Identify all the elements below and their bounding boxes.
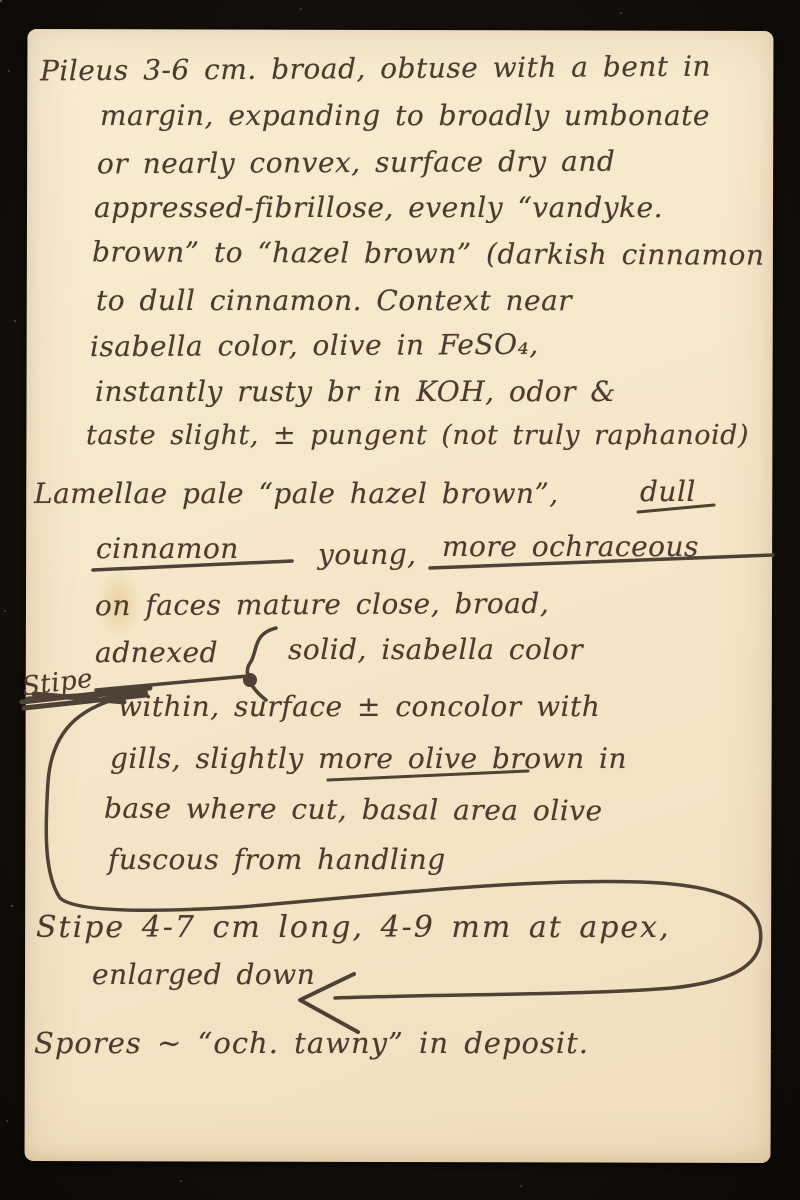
note-line-lamellae-7: base where cut, basal area olive <box>104 792 603 828</box>
note-line-stipe-1: Stipe 4-7 cm long, 4-9 mm at apex, <box>36 910 671 945</box>
dust-specks <box>0 0 2 2</box>
note-line-lamellae-1: Lamellae pale “pale hazel brown”, <box>34 477 559 510</box>
underlined-phrase-olive-brown: olive brown <box>408 742 585 775</box>
note-line-lamellae-6: gills, slightly more olive brown in <box>110 742 627 775</box>
underlined-word-cinnamon: cinnamon <box>96 532 239 565</box>
note-line-pileus-9: taste slight, ± pungent (not truly rapha… <box>86 420 749 451</box>
note-line-lamellae-4: solid, isabella color <box>288 633 583 666</box>
note-line-spores: Spores ~ “och. tawny” in deposit. <box>34 1026 589 1060</box>
note-line-pileus-6: to dull cinnamon. Context near <box>96 284 572 317</box>
note-line-pileus-7: isabella color, olive in FeSO₄, <box>90 328 539 363</box>
underlined-phrase-more-ochraceous: more ochraceous <box>442 530 699 563</box>
note-text: gills, slightly more <box>110 742 408 775</box>
note-line-stipe-2: enlarged down <box>92 958 315 991</box>
note-word-young: young, <box>318 538 417 571</box>
note-text: in <box>585 742 627 775</box>
note-line-pileus-8: instantly rusty br in KOH, odor & <box>95 375 616 408</box>
photo-of-handwritten-note: { "scene": { "background_color": "#14100… <box>0 0 800 1200</box>
note-line-lamellae-8: fuscous from handling <box>108 843 446 876</box>
note-line-lamellae-3: on faces mature close, broad, <box>95 587 549 622</box>
underlined-word-dull: dull <box>640 475 696 508</box>
note-word-adnexed: adnexed <box>95 636 218 669</box>
note-line-lamellae-5: within, surface ± concolor with <box>118 690 600 723</box>
note-line-pileus-5: brown” to “hazel brown” (darkish cinnamo… <box>92 235 765 272</box>
note-line-pileus-4: appressed-fibrillose, evenly “vandyke. <box>94 191 663 224</box>
note-line-pileus-2: margin, expanding to broadly umbonate <box>100 99 710 132</box>
note-line-pileus-3: or nearly convex, surface dry and <box>97 145 615 181</box>
note-line-pileus-1: Pileus 3-6 cm. broad, obtuse with a bent… <box>40 50 711 88</box>
